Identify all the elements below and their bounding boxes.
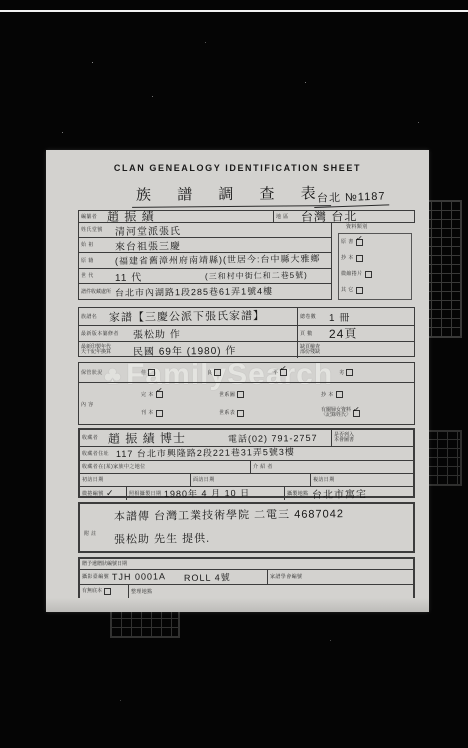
condition-3-checkbox: ✓ bbox=[280, 369, 287, 376]
condition-2-checkbox bbox=[214, 369, 221, 376]
condition-4-checkbox bbox=[346, 369, 353, 376]
first-visit-label: 初訪日期 bbox=[82, 477, 104, 483]
owner-address-label: 收藏者住址 bbox=[82, 451, 109, 457]
family-position-label: 收藏者在(某)家族中之地位 bbox=[82, 464, 146, 470]
generations-label: 世 代 bbox=[81, 273, 94, 279]
volumes-label: 總卷數 bbox=[300, 314, 316, 320]
donation-doc-label: 贈予遺贈狀編號日期 bbox=[82, 562, 127, 567]
doc-type-4-label: 其 它 bbox=[341, 287, 354, 293]
second-visit-label: 面訪日期 bbox=[193, 477, 215, 483]
table2-title-block: 族譜名 家譜【三慶公派下張氏家譜】 總卷數 1 冊 最新版本纂修者 張松助 作 … bbox=[78, 307, 415, 357]
content-chart-label: 世系圖 bbox=[219, 392, 235, 398]
origin-label: 原 籍 bbox=[81, 258, 94, 264]
content-printed-checkbox bbox=[156, 410, 163, 417]
remarks-line2: 張松助 先生 提供. bbox=[114, 528, 344, 547]
content-complete-label: 完 本 bbox=[141, 392, 154, 398]
revisit-label: 複訪日期 bbox=[313, 477, 335, 483]
women-data-mark: ✓ bbox=[352, 404, 360, 414]
condition-1-label: 佳 bbox=[141, 370, 146, 376]
film-number-mark: ✓ bbox=[106, 488, 115, 499]
master-copy-label: 有無底本 bbox=[82, 589, 102, 594]
owner-address-value: 117 台北市興隆路2段221巷31弄5號3樓 bbox=[116, 445, 295, 460]
remarks-line1: 本譜傳 台灣工業技術學院 二電三 4687042 bbox=[114, 505, 344, 524]
pages-value: 24頁 bbox=[329, 325, 358, 342]
year-label2: 天干紀年換算 bbox=[81, 350, 111, 355]
table6-admin: 贈予遺贈狀編號日期 攝影臺編號 TJH 0001A ROLL 4號 家譜學會編號… bbox=[78, 557, 415, 600]
content-manuscript-checkbox bbox=[336, 391, 343, 398]
doc-type-box: 原 書 ✓ 抄 本 微縮捲片 其 它 bbox=[338, 233, 412, 300]
film-unit-number-value: TJH 0001A bbox=[112, 571, 166, 582]
owner-value: 趙 振 績 博士 bbox=[108, 429, 186, 447]
film-scratch-line bbox=[0, 10, 468, 12]
doc-type-2-label: 抄 本 bbox=[341, 255, 354, 261]
shoot-date-label: 照相攝製日期 bbox=[129, 491, 161, 497]
pages-label: 頁 數 bbox=[300, 331, 313, 337]
genealogy-title-label: 族譜名 bbox=[81, 314, 97, 320]
doc-type-3-checkbox bbox=[365, 271, 372, 278]
condition-label: 保管狀況 bbox=[81, 370, 103, 376]
condition-3-mark: ✓ bbox=[280, 364, 288, 374]
ancestor-value: 來台祖張三慶 bbox=[115, 237, 181, 253]
table4-owner-block: 收藏者 趙 振 績 博士 電話(02) 791-2757 是否列入 本會圖書 收… bbox=[78, 428, 415, 498]
origin-value: (福建省舊漳州府南靖縣)(世居今:台中縣大雅鄉 bbox=[115, 251, 321, 267]
missing-label2: 部份殘缺 bbox=[300, 350, 320, 355]
content-chart-checkbox bbox=[237, 391, 244, 398]
film-unit-number-label: 攝影臺編號 bbox=[82, 574, 109, 580]
sheet-number: 台北 №1187 bbox=[314, 187, 389, 208]
keep-value: 台北市內湖路1段285巷61弄1號4樓 bbox=[115, 284, 273, 299]
shoot-date-value: 1980年 4 月 10 日 bbox=[164, 486, 250, 500]
doc-type-4-checkbox bbox=[356, 287, 363, 294]
volumes-value: 1 冊 bbox=[329, 309, 351, 324]
content-complete-checkbox: ✓ bbox=[156, 391, 163, 398]
generations-note: (三和村中街仁和二巷5號) bbox=[205, 269, 308, 281]
film-number-label: 微捲編號 bbox=[82, 491, 104, 497]
remarks-label: 附 註 bbox=[84, 531, 97, 537]
content-manuscript-label: 抄 本 bbox=[321, 392, 334, 398]
condition-2-label: 良 bbox=[207, 370, 212, 376]
form-title-chinese: 族 譜 調 查 表 bbox=[132, 182, 331, 208]
society-number-label: 家譜學會編號 bbox=[270, 574, 302, 580]
content-label: 內 容 bbox=[81, 402, 94, 408]
condition-1-checkbox bbox=[148, 369, 155, 376]
latest-compiler-label: 最新版本纂修者 bbox=[81, 331, 119, 337]
doc-type-2-checkbox bbox=[356, 255, 363, 262]
table5-remarks: 附 註 本譜傳 台灣工業技術學院 二電三 4687042 張松助 先生 提供. bbox=[78, 502, 415, 553]
arrange-place-label: 整理地點 bbox=[131, 589, 153, 595]
table1-main: 姓氏堂號 清河堂派張氏 始 祖 來台祖張三慶 原 籍 (福建省舊漳州府南靖縣)(… bbox=[78, 222, 332, 300]
doc-type-1-label: 原 書 bbox=[341, 239, 354, 245]
condition-3-label: 平 bbox=[273, 370, 278, 376]
content-printed-label: 刊 本 bbox=[141, 410, 154, 416]
owner-label: 收藏者 bbox=[82, 435, 98, 441]
ancestor-label: 始 祖 bbox=[81, 242, 94, 248]
microfilm-frame: CLAN GENEALOGY IDENTIFICATION SHEET 族 譜 … bbox=[0, 0, 468, 748]
owner-phone: 電話(02) 791-2757 bbox=[228, 430, 318, 444]
film-noise bbox=[0, 0, 1, 1]
shoot-place-label: 攝製地點 bbox=[287, 491, 309, 497]
condition-4-label: 劣 bbox=[339, 370, 344, 376]
genealogy-title-value: 家譜【三慶公派下張氏家譜】 bbox=[109, 307, 265, 325]
shoot-place-value: 台北市寓宅 bbox=[312, 485, 367, 501]
doc-type-1-checkbox: ✓ bbox=[356, 239, 363, 246]
keep-label: 譜件收藏處所 bbox=[81, 290, 111, 295]
listed-label2: 本會圖書 bbox=[334, 438, 354, 443]
latest-compiler-value: 張松助 作 bbox=[133, 325, 181, 341]
master-copy-checkbox bbox=[104, 588, 111, 595]
content-complete-mark: ✓ bbox=[155, 386, 163, 396]
hall-label: 姓氏堂號 bbox=[81, 227, 103, 233]
women-data-label2: 〈記錄姓氏〉 bbox=[321, 413, 351, 418]
doc-type-1-mark: ✓ bbox=[355, 233, 363, 243]
doc-type-3-label: 微縮捲片 bbox=[341, 271, 363, 277]
doc-type-title: 資料類別 bbox=[346, 224, 368, 230]
hall-value: 清河堂派張氏 bbox=[115, 222, 181, 238]
content-table-checkbox bbox=[237, 410, 244, 417]
generations-value: 11 代 bbox=[115, 268, 142, 283]
scanned-form-page: CLAN GENEALOGY IDENTIFICATION SHEET 族 譜 … bbox=[46, 150, 429, 612]
content-table-label: 世系表 bbox=[219, 410, 235, 416]
compiler-label: 編纂者 bbox=[81, 214, 97, 220]
area-label: 地 區 bbox=[276, 214, 289, 220]
roll-number-value: ROLL 4號 bbox=[184, 570, 231, 584]
women-data-checkbox: ✓ bbox=[353, 410, 360, 417]
form-title-english: CLAN GENEALOGY IDENTIFICATION SHEET bbox=[46, 163, 429, 173]
table3-condition-content: 保管狀況 佳 良 平 ✓ 劣 內 容 完 本 ✓ 世系圖 bbox=[78, 362, 415, 425]
year-value: 民國 69年 (1980) 作 bbox=[133, 341, 237, 357]
introducer-label: 介 紹 者 bbox=[253, 464, 273, 470]
